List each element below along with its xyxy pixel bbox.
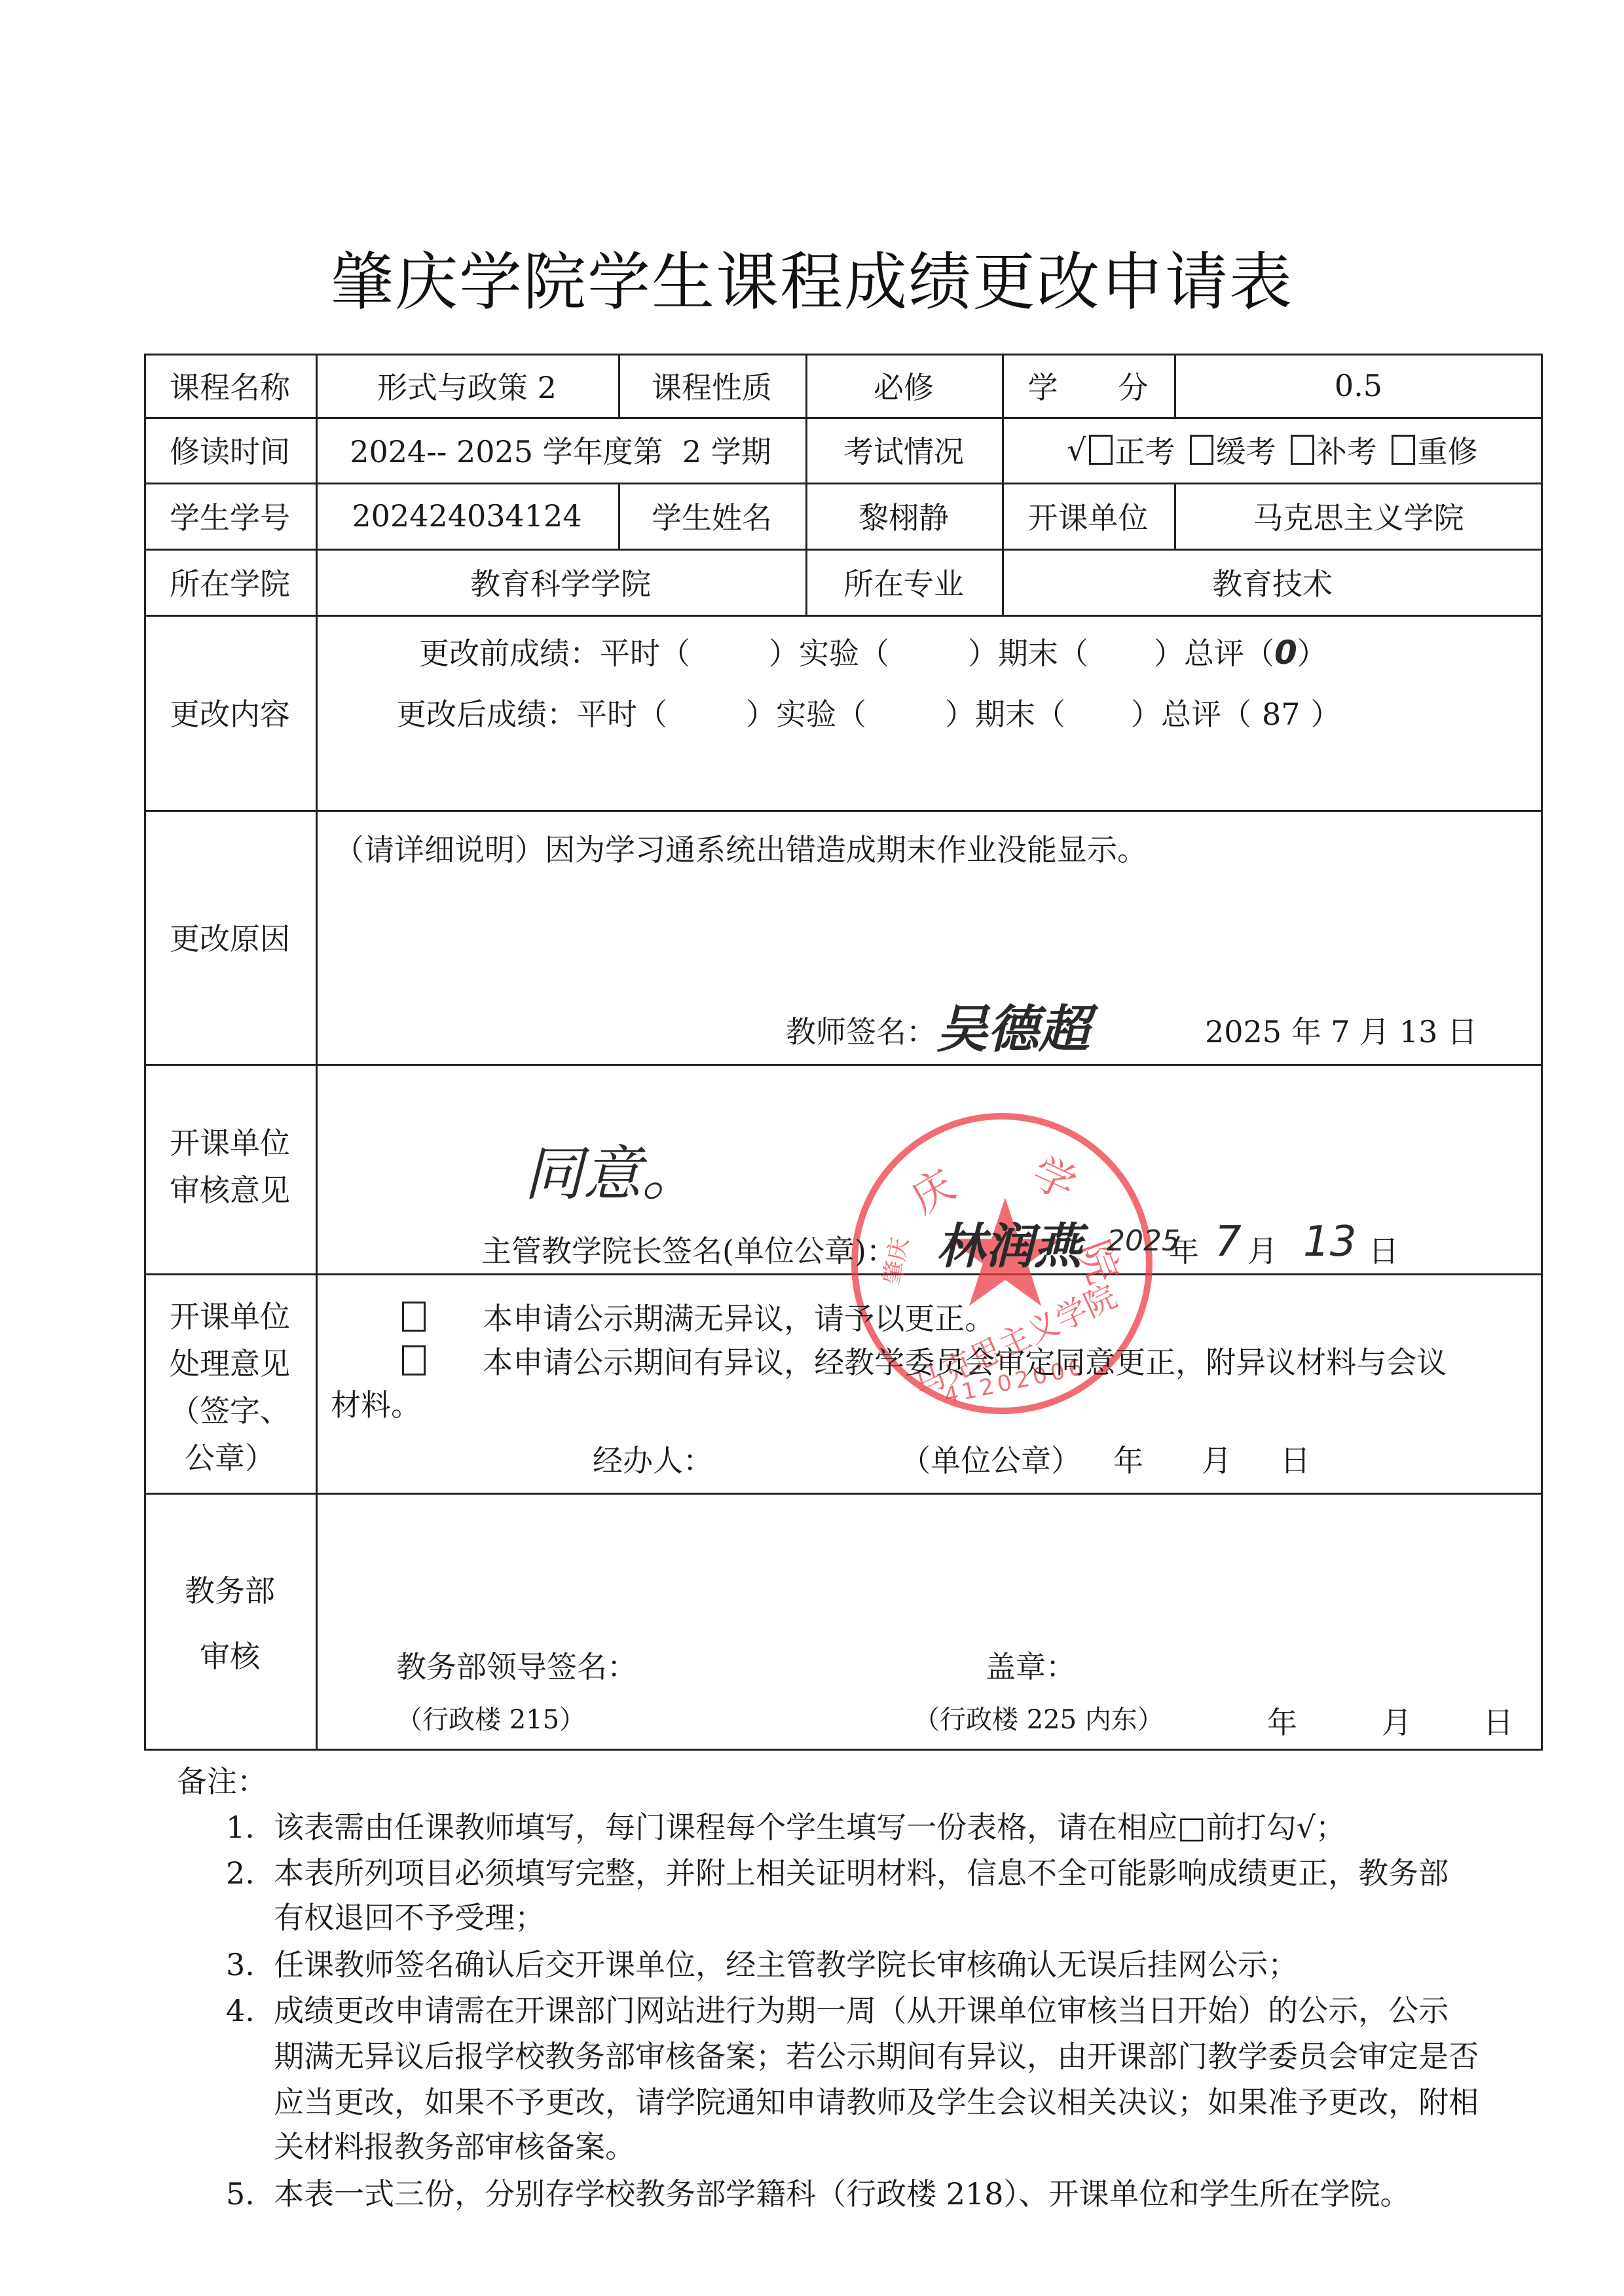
major-value: 教育技术	[1002, 549, 1543, 615]
student-id-value: 202424034124	[316, 483, 618, 549]
stamp-label: 盖章：	[986, 1643, 1076, 1686]
form-title: 肇庆学院学生课程成绩更改申请表	[0, 232, 1624, 322]
dean-sign-label: 主管教学院长签名(单位公章)：	[481, 1228, 896, 1271]
month-label: 月	[1247, 1228, 1278, 1271]
day-label: 日	[1369, 1228, 1399, 1271]
exam-status-options: √ 正考 缓考 补考 重修	[1002, 417, 1543, 483]
note-item: 5. 本表一式三份，分别存学校教务部学籍科（行政楼 218）、开课单位和学生所在…	[226, 2170, 1411, 2214]
dean-sign-month[interactable]: 7	[1215, 1218, 1242, 1266]
teacher-sign-label: 教师签名：	[786, 1008, 936, 1051]
row-divider	[144, 1493, 1543, 1495]
exam-option-retake-label: 重修	[1418, 428, 1478, 471]
processing-option-no-objection: 本申请公示期满无异议，请予以更正。	[399, 1295, 995, 1338]
note-item: 2. 本表所列项目必须填写完整，并附上相关证明材料，信息不全可能影响成绩更正，教…	[226, 1850, 1449, 1893]
exam-option-makeup-label: 补考	[1317, 428, 1377, 471]
exam-status-label: 考试情况	[805, 417, 1002, 483]
processing-option2-continued: 材料。	[331, 1381, 421, 1425]
leader-sign-label: 教务部领导签名：	[396, 1643, 637, 1686]
study-time-value: 2024-- 2025 学年度第 2 学期	[316, 417, 805, 483]
unit-review-opinion[interactable]: 同意。	[524, 1126, 701, 1211]
change-reason-label: 更改原因	[144, 810, 316, 1064]
leader-location: （行政楼 215）	[396, 1699, 585, 1736]
after-total-value[interactable]: 87	[1251, 697, 1311, 732]
affairs-month-label: 月	[1382, 1699, 1412, 1742]
unit-review-label: 开课单位 审核意见	[144, 1120, 316, 1214]
note-item: 期满无异议后报学校教务部审核备案；若公示期间有异议，由开课部门教学委员会审定是否	[226, 2033, 1479, 2076]
credit-label: 学 分	[1002, 354, 1174, 417]
grade-before-label: 更改前成绩：	[419, 636, 600, 671]
processing-month-label: 月	[1202, 1437, 1232, 1480]
dean-signature[interactable]: 林润燕	[936, 1208, 1082, 1277]
exam-option-deferred-checkbox[interactable]	[1190, 435, 1213, 465]
processing-year-label: 年	[1113, 1437, 1143, 1480]
study-time-label: 修读时间	[144, 417, 316, 483]
processing-day-label: 日	[1280, 1437, 1310, 1480]
note-item: 应当更改，如果不予更改，请学院通知申请教师及学生会议相关决议；如果准予更改，附相	[226, 2079, 1479, 2122]
row-divider	[144, 810, 1543, 812]
course-type-value: 必修	[805, 354, 1002, 417]
dean-sign-day[interactable]: 13	[1303, 1218, 1356, 1266]
course-name-label: 课程名称	[144, 354, 316, 417]
note-item: 关材料报教务部审核备案。	[226, 2123, 635, 2166]
credit-value: 0.5	[1174, 354, 1543, 417]
offering-unit-label: 开课单位	[1002, 483, 1174, 549]
student-name-value: 黎栩静	[805, 483, 1002, 549]
note-item: 3. 任课教师签名确认后交开课单位，经主管教学院长审核确认无误后挂网公示；	[226, 1941, 1298, 1984]
course-name-value: 形式与政策 2	[316, 354, 618, 417]
affairs-day-label: 日	[1483, 1699, 1513, 1742]
exam-option-retake-checkbox[interactable]	[1392, 435, 1415, 465]
processing-option-with-objection: 本申请公示期间有异议，经教学委员会审定同意更正，附异议材料与会议	[399, 1339, 1447, 1382]
college-label: 所在学院	[144, 549, 316, 615]
handler-label: 经办人：	[593, 1437, 713, 1480]
unit-processing-label: 开课单位 处理意见 （签字、 公章）	[144, 1293, 316, 1482]
exam-option-regular-checkbox[interactable]	[1089, 435, 1113, 465]
exam-option-makeup-checkbox[interactable]	[1291, 435, 1314, 465]
affairs-year-label: 年	[1267, 1699, 1297, 1742]
exam-option-regular-label: 正考	[1115, 428, 1175, 471]
teacher-sign-date: 2025 年 7 月 13 日	[1205, 1008, 1477, 1051]
note-item: 有权退回不予受理；	[226, 1894, 545, 1937]
stamp-location: （行政楼 225 内东）	[913, 1699, 1164, 1736]
teacher-signature[interactable]: 吴德超	[936, 989, 1090, 1062]
offering-unit-value: 马克思主义学院	[1174, 483, 1543, 549]
note-item: 4. 成绩更改申请需在开课部门网站进行为期一周（从开课单位审核当日开始）的公示，…	[226, 1987, 1449, 2030]
year-label: 年	[1169, 1228, 1199, 1271]
with-objection-checkbox[interactable]	[402, 1345, 426, 1376]
row-divider	[144, 1273, 1543, 1275]
exam-checkmark: √	[1067, 432, 1086, 467]
academic-affairs-label: 教务部 审核	[144, 1558, 316, 1689]
grade-after-line: 更改后成绩：平时（）实验（）期末（）总评（87）	[396, 691, 1341, 734]
row-divider	[144, 615, 1543, 617]
no-objection-checkbox[interactable]	[402, 1302, 426, 1332]
before-total-value[interactable]: 0	[1274, 634, 1297, 672]
change-reason-text[interactable]: （请详细说明）因为学习通系统出错造成期末作业没能显示。	[334, 826, 1147, 869]
note-item: 1. 该表需由任课教师填写，每门课程每个学生填写一份表格，请在相应□前打勾√；	[226, 1804, 1346, 1847]
course-type-label: 课程性质	[618, 354, 805, 417]
change-content-label: 更改内容	[144, 615, 316, 810]
college-value: 教育科学学院	[316, 549, 805, 615]
major-label: 所在专业	[805, 549, 1002, 615]
grade-after-label: 更改后成绩：	[396, 697, 577, 732]
unit-seal-label: （单位公章）	[900, 1437, 1081, 1480]
student-id-label: 学生学号	[144, 483, 316, 549]
grade-before-line: 更改前成绩：平时（）实验（）期末（）总评（0）	[419, 630, 1327, 673]
student-name-label: 学生姓名	[618, 483, 805, 549]
notes-heading: 备注：	[177, 1758, 267, 1801]
row-divider	[144, 1064, 1543, 1066]
exam-option-deferred-label: 缓考	[1216, 428, 1276, 471]
